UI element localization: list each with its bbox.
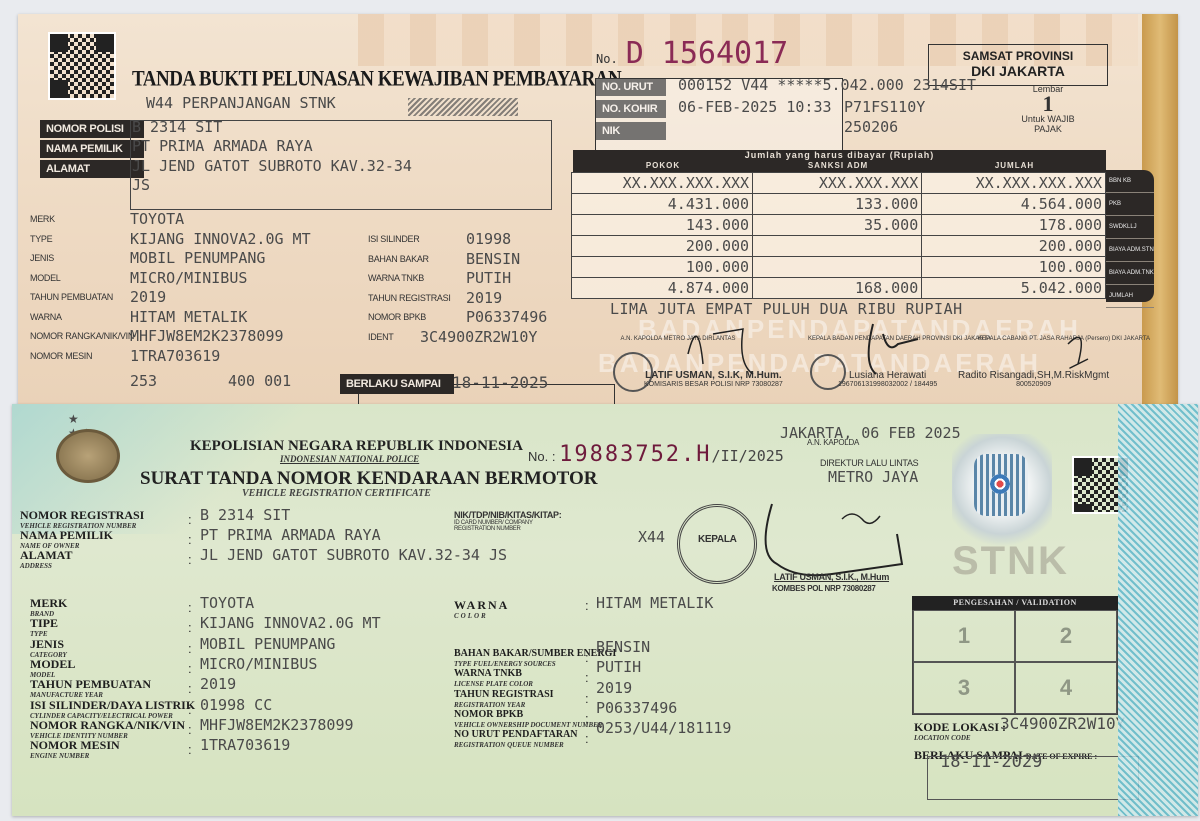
validation-cell-2: 2: [1015, 610, 1117, 662]
value-model: MICRO/MINIBUS: [130, 269, 247, 287]
police-emblem-icon: [56, 429, 120, 483]
payment-cell-jumlah: XX.XXX.XXX.XXX: [922, 173, 1106, 194]
value-tipe: KIJANG INNOVA2.0G MT: [200, 614, 381, 632]
label-text: BAHAN BAKAR/SUMBER ENERGI: [454, 648, 616, 659]
redaction-hatch: [408, 98, 518, 116]
payment-row: 100.000100.000: [572, 257, 1106, 278]
agency-name: KEPOLISIAN NEGARA REPUBLIK INDONESIA: [190, 438, 523, 455]
label-en: ENGINE NUMBER: [30, 751, 120, 762]
value-warna-tnkb: PUTIH: [466, 269, 511, 287]
payment-cell-jumlah: 200.000: [922, 236, 1106, 257]
payment-cell-pokok: 4.431.000: [572, 194, 753, 215]
value-nomor-bpkb: P06337496: [466, 308, 547, 326]
label-text: NOMOR MESIN: [30, 738, 120, 752]
agency-name-en: INDONESIAN NATIONAL POLICE: [280, 454, 419, 464]
value-nomor-registrasi: B 2314 SIT: [200, 506, 290, 524]
payment-code: BBN KB: [1106, 170, 1154, 193]
value-bahan-bakar-sumber-energi: BENSIN: [596, 638, 650, 656]
label-nomor-mesin: NOMOR MESINENGINE NUMBER: [30, 740, 120, 762]
label-tahun-registrasi: TAHUN REGISTRASI: [368, 293, 451, 303]
kode-lokasi-label: KODE LOKASI :LOCATION CODE: [914, 722, 1006, 744]
value-nomor-mesin: 1TRA703619: [200, 736, 290, 754]
label-alamat: ALAMAT: [40, 160, 144, 178]
copy-indicator: Lembar 1 Untuk WAJIB PAJAK: [1018, 84, 1078, 134]
payment-code: BIAYA ADM.STNK: [1106, 239, 1154, 262]
colon: :: [188, 681, 192, 696]
label-text: ISI SILINDER/DAYA LISTRIK: [30, 698, 195, 712]
label-berlaku-sampai: BERLAKU SAMPAI: [340, 374, 454, 394]
value-jenis: MOBIL PENUMPANG: [130, 249, 265, 267]
label-text: NO URUT PENDAFTARAN: [454, 729, 578, 740]
officer-name: LATIF USMAN, S.I.K., M.Hum: [774, 572, 889, 582]
colon: :: [188, 641, 192, 656]
colon: :: [188, 512, 192, 527]
footer-code-2: 400 001: [228, 372, 291, 390]
validation-cell-4: 4: [1015, 662, 1117, 714]
colon: :: [188, 661, 192, 676]
colon: :: [585, 650, 589, 665]
value-tahun-pembuatan: 2019: [200, 675, 236, 693]
label-en: REGISTRATION QUEUE NUMBER: [454, 740, 578, 751]
payment-cell-pokok: 200.000: [572, 236, 753, 257]
payment-header: Jumlah yang harus dibayar (Rupiah) POKOK…: [573, 150, 1106, 172]
label-text: JENIS: [30, 637, 64, 651]
label-no-urut-pendaftaran: NO URUT PENDAFTARANREGISTRATION QUEUE NU…: [454, 729, 578, 751]
validation-cell-3: 3: [913, 662, 1015, 714]
nik-label: NIK/TDP/NIB/KITAS/KITAP:: [454, 510, 561, 520]
value-merk: TOYOTA: [130, 210, 184, 228]
payment-cell-pokok: XX.XXX.XXX.XXX: [572, 173, 753, 194]
label-warna-tnkb: WARNA TNKBLICENSE PLATE COLOR: [454, 668, 533, 690]
payment-cell-pokok: 4.874.000: [572, 278, 753, 299]
value-warna: HITAM METALIK: [130, 308, 247, 326]
label-text: MERK: [30, 596, 67, 610]
payment-cell-sanksi: 168.000: [753, 278, 922, 299]
tax-receipt: TANDA BUKTI PELUNASAN KEWAJIBAN PEMBAYAR…: [18, 14, 1178, 410]
hologram-text: STNK: [952, 539, 1069, 584]
label-text: NOMOR RANGKA/NIK/VIN: [30, 718, 185, 732]
payment-code: PKB: [1106, 193, 1154, 216]
payment-row: 143.00035.000178.000: [572, 215, 1106, 236]
service-type: W44 PERPANJANGAN STNK: [146, 94, 336, 112]
payment-code: SWDKLLJ: [1106, 216, 1154, 239]
value-tahun-registrasi: 2019: [596, 679, 632, 697]
value-bahan-bakar: BENSIN: [466, 250, 520, 268]
label-text: NOMOR BPKB: [454, 709, 523, 720]
signatures-icon: [658, 304, 1118, 384]
value-warna-tnkb: PUTIH: [596, 658, 641, 676]
payment-cell-pokok: 100.000: [572, 257, 753, 278]
payment-cell-jumlah: 100.000: [922, 257, 1106, 278]
colon: :: [188, 620, 192, 635]
label-bahan-bakar-sumber-energi: BAHAN BAKAR/SUMBER ENERGITYPE FUEL/ENERG…: [454, 648, 616, 670]
label-text: ALAMAT: [20, 548, 72, 562]
colon: :: [585, 731, 589, 746]
value-ident: 3C4900ZR2W10Y: [420, 328, 537, 346]
label-text: NOMOR REGISTRASI: [20, 508, 144, 522]
value-tahun-registrasi: 2019: [466, 289, 502, 307]
value-isi-silinder-daya-listrik: 01998 CC: [200, 696, 272, 714]
colon: :: [188, 742, 192, 757]
alamat-line-1: JL JEND GATOT SUBROTO KAV.32-34: [132, 157, 412, 175]
payment-row: 4.874.000168.0005.042.000: [572, 278, 1106, 299]
kohir-code: P71FS110Y: [844, 98, 925, 116]
no-kohir: 06-FEB-2025 10:33: [678, 98, 832, 116]
colon: :: [188, 600, 192, 615]
value-no-urut-pendaftaran: 0253/U44/181119: [596, 719, 731, 737]
label-en: ADDRESS: [20, 561, 72, 572]
berlaku-sampai: 18-11-2025: [452, 373, 548, 392]
payment-cell-sanksi: 133.000: [753, 194, 922, 215]
certificate-title: SURAT TANDA NOMOR KENDARAAN BERMOTOR: [140, 468, 597, 490]
label-nomor-bpkb: NOMOR BPKBVEHICLE OWNERSHIP DOCUMENT NUM…: [454, 709, 603, 731]
hologram-badge-icon: [974, 454, 1028, 516]
validation-cell-1: 1: [913, 610, 1015, 662]
colon: :: [585, 711, 589, 726]
kohir-date: 250206: [844, 118, 898, 136]
payment-row-codes: BBN KBPKBSWDKLLJBIAYA ADM.STNKBIAYA ADM.…: [1106, 170, 1154, 302]
payment-cell-pokok: 143.000: [572, 215, 753, 236]
payment-code: BIAYA ADM.TNKB: [1106, 262, 1154, 285]
payment-row: 200.000200.000: [572, 236, 1106, 257]
label-text: TAHUN REGISTRASI: [454, 689, 554, 700]
receipt-title: TANDA BUKTI PELUNASAN KEWAJIBAN PEMBAYAR…: [132, 67, 621, 92]
payment-table: XX.XXX.XXX.XXXXXX.XXX.XXXXX.XXX.XXX.XXX4…: [571, 172, 1106, 299]
colon: :: [188, 532, 192, 547]
qr-code-icon: [48, 32, 116, 100]
label-jenis: JENIS: [30, 253, 54, 263]
value-jenis: MOBIL PENUMPANG: [200, 635, 335, 653]
certificate-title-en: VEHICLE REGISTRATION CERTIFICATE: [242, 488, 431, 499]
no-urut: 000152 V44 *****5.042.000 2314SIT: [678, 76, 976, 94]
value-tahun-pembuatan: 2019: [130, 288, 166, 306]
issuer-line-1: A.N. KAPOLDA: [807, 438, 859, 447]
label-warna: WARNA: [30, 312, 62, 322]
label-nomor-polisi: NOMOR POLISI: [40, 120, 144, 138]
label-bahan-bakar: BAHAN BAKAR: [368, 254, 429, 264]
kode-lokasi: 3C4900ZR2W10Y: [1000, 714, 1125, 733]
label-nomor-rangka-nik-vin: NOMOR RANGKA/NIK/VIN: [30, 331, 134, 341]
label-isi-silinder: ISI SILINDER: [368, 234, 419, 244]
colon: :: [188, 552, 192, 567]
label-text: WARNA TNKB: [454, 668, 522, 679]
payment-cell-sanksi: XXX.XXX.XXX: [753, 173, 922, 194]
value-nama-pemilik: PT PRIMA ARMADA RAYA: [200, 526, 381, 544]
alamat-line-2: JS: [132, 176, 150, 194]
label-warna-tnkb: WARNA TNKB: [368, 273, 424, 283]
warna-label: WARNACOLOR: [454, 600, 509, 622]
payment-row: 4.431.000133.0004.564.000: [572, 194, 1106, 215]
value-nomor-mesin: 1TRA703619: [130, 347, 220, 365]
warna-value: HITAM METALIK: [596, 594, 713, 612]
label-text: TAHUN PEMBUATAN: [30, 677, 151, 691]
payment-row: XX.XXX.XXX.XXXXXX.XXX.XXXXX.XXX.XXX.XXX: [572, 173, 1106, 194]
signature-icon: [752, 494, 922, 584]
payment-cell-sanksi: 35.000: [753, 215, 922, 236]
label-tahun-pembuatan: TAHUN PEMBUATAN: [30, 292, 113, 302]
label-nomor-mesin: NOMOR MESIN: [30, 351, 92, 361]
stnk-certificate: ★★★ KEPOLISIAN NEGARA REPUBLIK INDONESIA…: [12, 404, 1198, 816]
issuer-line-2: DIREKTUR LALU LINTAS: [820, 458, 918, 468]
label-text: TIPE: [30, 616, 58, 630]
nama-pemilik: PT PRIMA ARMADA RAYA: [132, 137, 313, 155]
colon: :: [585, 670, 589, 685]
value-isi-silinder: 01998: [466, 230, 511, 248]
label-nama-pemilik: NAMA PEMILIK: [40, 140, 144, 158]
label-alamat: ALAMATADDRESS: [20, 550, 72, 572]
label-model: MODEL: [30, 273, 61, 283]
officer-id: KOMBES POL NRP 73080287: [772, 584, 876, 593]
value-nomor-rangka-nik-vin: MHFJW8EM2K2378099: [130, 327, 284, 345]
nik-value: X44: [638, 528, 665, 546]
label-ident: IDENT: [368, 332, 394, 342]
footer-code-1: 253: [130, 372, 157, 390]
payment-cell-sanksi: [753, 257, 922, 278]
value-model: MICRO/MINIBUS: [200, 655, 317, 673]
colon: :: [585, 691, 589, 706]
issuer-line-3: METRO JAYA: [828, 468, 918, 486]
label-merk: MERK: [30, 214, 55, 224]
certificate-number: No. : 19883752.H/II/2025: [528, 442, 784, 467]
label-text: MODEL: [30, 657, 75, 671]
label-tahun-registrasi: TAHUN REGISTRASIREGISTRATION YEAR: [454, 689, 554, 711]
qr-code-icon: [1072, 456, 1130, 514]
colon: :: [188, 702, 192, 717]
value-nomor-rangka-nik-vin: MHFJW8EM2K2378099: [200, 716, 354, 734]
payment-cell-jumlah: 178.000: [922, 215, 1106, 236]
value-nomor-bpkb: P06337496: [596, 699, 677, 717]
value-type: KIJANG INNOVA2.0G MT: [130, 230, 311, 248]
receipt-number: No.D 1564017: [596, 36, 788, 71]
label-type: TYPE: [30, 234, 52, 244]
payment-cell-jumlah: 5.042.000: [922, 278, 1106, 299]
value-alamat: JL JEND GATOT SUBROTO KAV.32-34 JS: [200, 546, 507, 564]
value-merk: TOYOTA: [200, 594, 254, 612]
nomor-polisi: B 2314 SIT: [132, 118, 222, 136]
label-text: NAMA PEMILIK: [20, 528, 113, 542]
colon: :: [188, 722, 192, 737]
berlaku-sampai: 18-11-2029: [940, 752, 1042, 772]
payment-cell-jumlah: 4.564.000: [922, 194, 1106, 215]
label-nomor-bpkb: NOMOR BPKB: [368, 312, 426, 322]
nik-label-en: ID CARD NUMBER/ COMPANY REGISTRATION NUM…: [454, 520, 574, 532]
payment-cell-sanksi: [753, 236, 922, 257]
